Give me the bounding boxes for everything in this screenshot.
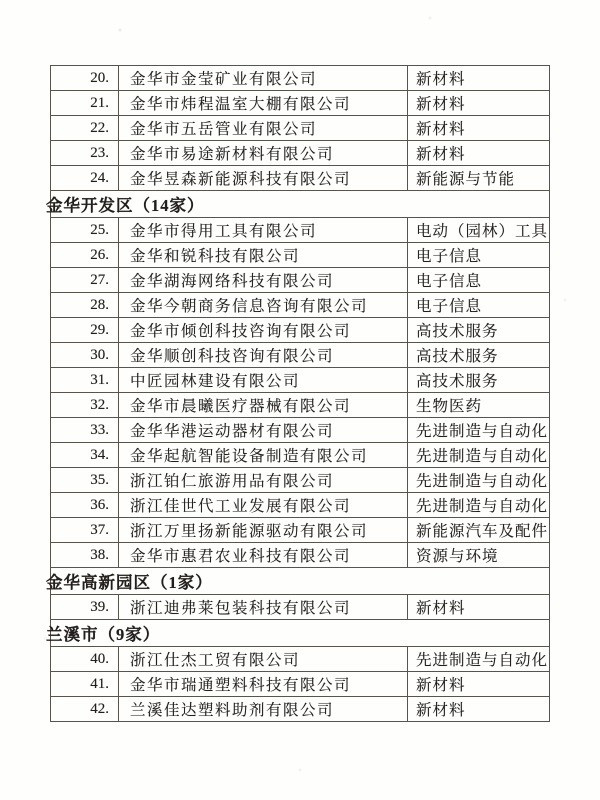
company-table: 20.金华市金莹矿业有限公司新材料21.金华市炜程温室大棚有限公司新材料22.金…: [50, 65, 550, 722]
industry-category: 生物医药: [408, 393, 549, 417]
section-header-row: 金华高新园区（1家）: [50, 568, 550, 595]
table-row: 30.金华顺创科技咨询有限公司高技术服务: [50, 343, 550, 368]
table-row: 35.浙江铂仁旅游用品有限公司先进制造与自动化: [50, 468, 550, 493]
industry-category: 先进制造与自动化: [408, 647, 549, 671]
table-row: 21.金华市炜程温室大棚有限公司新材料: [50, 91, 550, 116]
row-number: 25.: [51, 218, 119, 242]
company-name: 金华市易途新材料有限公司: [119, 141, 408, 165]
company-name: 兰溪佳达塑料助剂有限公司: [119, 697, 408, 721]
industry-category: 先进制造与自动化: [408, 443, 549, 467]
industry-category: 电动（园林）工具: [408, 218, 549, 242]
row-number: 36.: [51, 493, 119, 517]
row-number: 40.: [51, 647, 119, 671]
industry-category: 新材料: [408, 141, 549, 165]
table-row: 33.金华华港运动器材有限公司先进制造与自动化: [50, 418, 550, 443]
company-name: 金华市瑞通塑料科技有限公司: [119, 672, 408, 696]
industry-category: 新能源汽车及配件: [408, 518, 549, 542]
row-number: 21.: [51, 91, 119, 115]
row-number: 29.: [51, 318, 119, 342]
table-row: 34.金华起航智能设备制造有限公司先进制造与自动化: [50, 443, 550, 468]
industry-category: 高技术服务: [408, 318, 549, 342]
company-name: 金华湖海网络科技有限公司: [119, 268, 408, 292]
industry-category: 电子信息: [408, 243, 549, 267]
industry-category: 新材料: [408, 66, 549, 90]
table-row: 40.浙江仕杰工贸有限公司先进制造与自动化: [50, 647, 550, 672]
row-number: 42.: [51, 697, 119, 721]
table-row: 32.金华市晨曦医疗器械有限公司生物医药: [50, 393, 550, 418]
industry-category: 新材料: [408, 697, 549, 721]
table-row: 37.浙江万里扬新能源驱动有限公司新能源汽车及配件: [50, 518, 550, 543]
company-name: 金华市得用工具有限公司: [119, 218, 408, 242]
company-name: 浙江迪弗莱包装科技有限公司: [119, 595, 408, 619]
section-title: 金华开发区（14家）: [46, 192, 205, 216]
table-row: 38.金华市惠君农业科技有限公司资源与环境: [50, 543, 550, 568]
industry-category: 新材料: [408, 595, 549, 619]
row-number: 23.: [51, 141, 119, 165]
row-number: 41.: [51, 672, 119, 696]
industry-category: 资源与环境: [408, 543, 549, 567]
row-number: 34.: [51, 443, 119, 467]
industry-category: 新能源与节能: [408, 166, 549, 190]
company-name: 金华市倾创科技咨询有限公司: [119, 318, 408, 342]
row-number: 38.: [51, 543, 119, 567]
industry-category: 新材料: [408, 91, 549, 115]
company-name: 中匠园林建设有限公司: [119, 368, 408, 392]
company-name: 金华市惠君农业科技有限公司: [119, 543, 408, 567]
scanned-document-page: 20.金华市金莹矿业有限公司新材料21.金华市炜程温室大棚有限公司新材料22.金…: [0, 0, 600, 800]
row-number: 28.: [51, 293, 119, 317]
table-row: 31.中匠园林建设有限公司高技术服务: [50, 368, 550, 393]
company-name: 金华今朝商务信息咨询有限公司: [119, 293, 408, 317]
industry-category: 电子信息: [408, 293, 549, 317]
row-number: 20.: [51, 66, 119, 90]
company-name: 金华华港运动器材有限公司: [119, 418, 408, 442]
row-number: 32.: [51, 393, 119, 417]
section-header-row: 兰溪市（9家）: [50, 620, 550, 647]
company-name: 金华市炜程温室大棚有限公司: [119, 91, 408, 115]
table-row: 41.金华市瑞通塑料科技有限公司新材料: [50, 672, 550, 697]
industry-category: 高技术服务: [408, 343, 549, 367]
table-row: 42.兰溪佳达塑料助剂有限公司新材料: [50, 697, 550, 722]
company-name: 浙江仕杰工贸有限公司: [119, 647, 408, 671]
section-title: 兰溪市（9家）: [46, 621, 160, 645]
row-number: 30.: [51, 343, 119, 367]
row-number: 22.: [51, 116, 119, 140]
company-name: 金华市五岳管业有限公司: [119, 116, 408, 140]
row-number: 39.: [51, 595, 119, 619]
industry-category: 先进制造与自动化: [408, 468, 549, 492]
company-name: 金华起航智能设备制造有限公司: [119, 443, 408, 467]
company-name: 浙江佳世代工业发展有限公司: [119, 493, 408, 517]
company-name: 金华昱森新能源科技有限公司: [119, 166, 408, 190]
company-name: 金华市晨曦医疗器械有限公司: [119, 393, 408, 417]
row-number: 35.: [51, 468, 119, 492]
row-number: 37.: [51, 518, 119, 542]
table-row: 23.金华市易途新材料有限公司新材料: [50, 141, 550, 166]
industry-category: 新材料: [408, 672, 549, 696]
table-row: 39.浙江迪弗莱包装科技有限公司新材料: [50, 595, 550, 620]
section-header-row: 金华开发区（14家）: [50, 191, 550, 218]
table-row: 24.金华昱森新能源科技有限公司新能源与节能: [50, 166, 550, 191]
row-number: 24.: [51, 166, 119, 190]
industry-category: 电子信息: [408, 268, 549, 292]
industry-category: 先进制造与自动化: [408, 418, 549, 442]
table-row: 28.金华今朝商务信息咨询有限公司电子信息: [50, 293, 550, 318]
row-number: 33.: [51, 418, 119, 442]
table-row: 26.金华和锐科技有限公司电子信息: [50, 243, 550, 268]
row-number: 26.: [51, 243, 119, 267]
table-row: 22.金华市五岳管业有限公司新材料: [50, 116, 550, 141]
company-name: 浙江万里扬新能源驱动有限公司: [119, 518, 408, 542]
row-number: 31.: [51, 368, 119, 392]
section-title: 金华高新园区（1家）: [46, 569, 213, 593]
table-row: 36.浙江佳世代工业发展有限公司先进制造与自动化: [50, 493, 550, 518]
table-row: 25.金华市得用工具有限公司电动（园林）工具: [50, 218, 550, 243]
company-name: 浙江铂仁旅游用品有限公司: [119, 468, 408, 492]
row-number: 27.: [51, 268, 119, 292]
industry-category: 高技术服务: [408, 368, 549, 392]
table-row: 29.金华市倾创科技咨询有限公司高技术服务: [50, 318, 550, 343]
industry-category: 先进制造与自动化: [408, 493, 549, 517]
company-name: 金华市金莹矿业有限公司: [119, 66, 408, 90]
company-name: 金华顺创科技咨询有限公司: [119, 343, 408, 367]
industry-category: 新材料: [408, 116, 549, 140]
table-row: 27.金华湖海网络科技有限公司电子信息: [50, 268, 550, 293]
company-name: 金华和锐科技有限公司: [119, 243, 408, 267]
table-row: 20.金华市金莹矿业有限公司新材料: [50, 66, 550, 91]
